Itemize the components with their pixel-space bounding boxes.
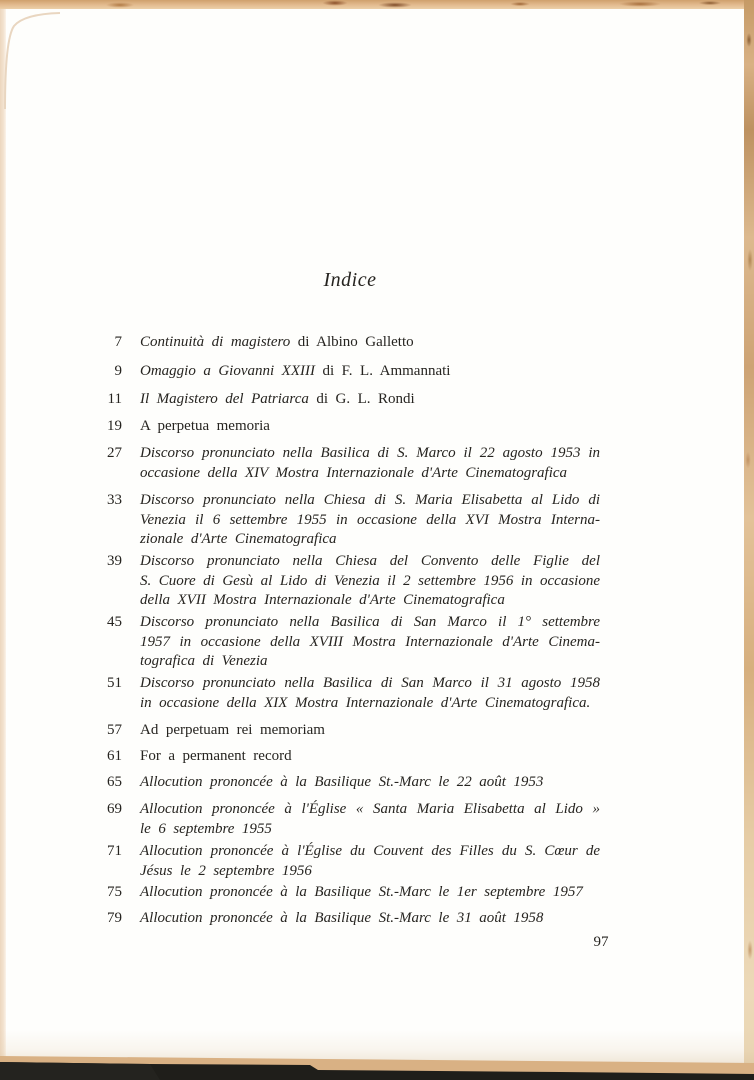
- entry-page-number: 61: [0, 747, 122, 767]
- entry-text: For a permanent record: [140, 747, 600, 767]
- entry-text-line: Allocution prononcée à la Basilique St.-…: [140, 909, 600, 929]
- entry-page-number: 79: [0, 909, 122, 929]
- entry-text-line: A perpetua memoria: [140, 417, 600, 437]
- entry-page-number: 11: [0, 390, 122, 410]
- index-entry: 39Discorso pronunciato nella Chiesa del …: [0, 552, 600, 611]
- entry-text-line: occasione della XIV Mostra Internazional…: [140, 464, 600, 484]
- entry-page-number: 39: [0, 552, 122, 572]
- entry-page-number: 51: [0, 674, 122, 694]
- index-entry: 65Allocution prononcée à la Basilique St…: [0, 773, 600, 793]
- entry-text-line: Jésus le 2 septembre 1956: [140, 862, 600, 882]
- entry-text: Ad perpetuam rei memoriam: [140, 721, 600, 741]
- entry-text-line: tografica di Venezia: [140, 652, 600, 672]
- entry-text-line: Allocution prononcée à la Basilique St.-…: [140, 773, 600, 793]
- entry-page-number: 57: [0, 721, 122, 741]
- entry-page-number: 75: [0, 883, 122, 903]
- entry-text: Allocution prononcée à la Basilique St.-…: [140, 883, 600, 903]
- entry-text: Allocution prononcée à la Basilique St.-…: [140, 773, 600, 793]
- entry-text-line: le 6 septembre 1955: [140, 820, 600, 840]
- index-entry: 71Allocution prononcée à l'Église du Cou…: [0, 842, 600, 881]
- entry-text-line: Venezia il 6 settembre 1955 in occasione…: [140, 511, 600, 531]
- entry-text-line: Discorso pronunciato nella Basilica di S…: [140, 613, 600, 633]
- entry-text: Discorso pronunciato nella Chiesa di S. …: [140, 491, 600, 550]
- index-entry: 75Allocution prononcée à la Basilique St…: [0, 883, 600, 903]
- index-entry: 11Il Magistero del Patriarca di G. L. Ro…: [0, 390, 600, 410]
- entry-text: A perpetua memoria: [140, 417, 600, 437]
- entry-text-line: Discorso pronunciato nella Chiesa del Co…: [140, 552, 600, 572]
- entry-page-number: 45: [0, 613, 122, 633]
- index-entry: 45Discorso pronunciato nella Basilica di…: [0, 613, 600, 672]
- entry-text: Discorso pronunciato nella Basilica di S…: [140, 674, 600, 713]
- entry-page-number: 19: [0, 417, 122, 437]
- entry-text-line: in occasione della XIX Mostra Internazio…: [140, 694, 600, 714]
- entry-page-number: 69: [0, 800, 122, 820]
- entry-text-line: Ad perpetuam rei memoriam: [140, 721, 600, 741]
- entry-text-line: Il Magistero del Patriarca di G. L. Rond…: [140, 390, 600, 410]
- entry-page-number: 33: [0, 491, 122, 511]
- entry-page-number: 9: [0, 362, 122, 382]
- entry-text-line: Allocution prononcée à la Basilique St.-…: [140, 883, 600, 903]
- entry-text-line: S. Cuore di Gesù al Lido di Venezia il 2…: [140, 572, 600, 592]
- index-entry: 7Continuità di magistero di Albino Galle…: [0, 333, 600, 353]
- entry-text-line: Allocution prononcée à l'Église du Couve…: [140, 842, 600, 862]
- index-entry: 33Discorso pronunciato nella Chiesa di S…: [0, 491, 600, 550]
- entry-text-line: Discorso pronunciato nella Basilica di S…: [140, 674, 600, 694]
- entry-text-line: Continuità di magistero di Albino Gallet…: [140, 333, 600, 353]
- entry-text-line: Omaggio a Giovanni XXIII di F. L. Ammann…: [140, 362, 600, 382]
- index-entry: 61For a permanent record: [0, 747, 600, 767]
- entry-page-number: 7: [0, 333, 122, 353]
- entry-text-line: For a permanent record: [140, 747, 600, 767]
- index-entry: 27Discorso pronunciato nella Basilica di…: [0, 444, 600, 483]
- entry-text: Allocution prononcée à la Basilique St.-…: [140, 909, 600, 929]
- entry-page-number: 71: [0, 842, 122, 862]
- index-entry: 69Allocution prononcée à l'Église « Sant…: [0, 800, 600, 839]
- entry-text-line: Allocution prononcée à l'Église « Santa …: [140, 800, 600, 820]
- index-list: 7Continuità di magistero di Albino Galle…: [0, 0, 754, 1080]
- index-entry: 9Omaggio a Giovanni XXIII di F. L. Amman…: [0, 362, 600, 382]
- entry-text: Discorso pronunciato nella Chiesa del Co…: [140, 552, 600, 611]
- entry-text: Discorso pronunciato nella Basilica di S…: [140, 444, 600, 483]
- index-entry: 51Discorso pronunciato nella Basilica di…: [0, 674, 600, 713]
- entry-text-line: della XVII Mostra Internazionale d'Arte …: [140, 591, 600, 611]
- entry-text: Continuità di magistero di Albino Gallet…: [140, 333, 600, 353]
- index-entry: 79Allocution prononcée à la Basilique St…: [0, 909, 600, 929]
- entry-text-line: 1957 in occasione della XVIII Mostra Int…: [140, 633, 600, 653]
- entry-text-line: Discorso pronunciato nella Basilica di S…: [140, 444, 600, 464]
- page-folio-number: 97: [581, 934, 621, 951]
- entry-text: Discorso pronunciato nella Basilica di S…: [140, 613, 600, 672]
- entry-page-number: 65: [0, 773, 122, 793]
- entry-text: Omaggio a Giovanni XXIII di F. L. Ammann…: [140, 362, 600, 382]
- entry-text: Allocution prononcée à l'Église du Couve…: [140, 842, 600, 881]
- entry-page-number: 27: [0, 444, 122, 464]
- index-entry: 57Ad perpetuam rei memoriam: [0, 721, 600, 741]
- entry-text: Allocution prononcée à l'Église « Santa …: [140, 800, 600, 839]
- index-entry: 19A perpetua memoria: [0, 417, 600, 437]
- entry-text: Il Magistero del Patriarca di G. L. Rond…: [140, 390, 600, 410]
- entry-text-line: zionale d'Arte Cinematografica: [140, 530, 600, 550]
- entry-text-line: Discorso pronunciato nella Chiesa di S. …: [140, 491, 600, 511]
